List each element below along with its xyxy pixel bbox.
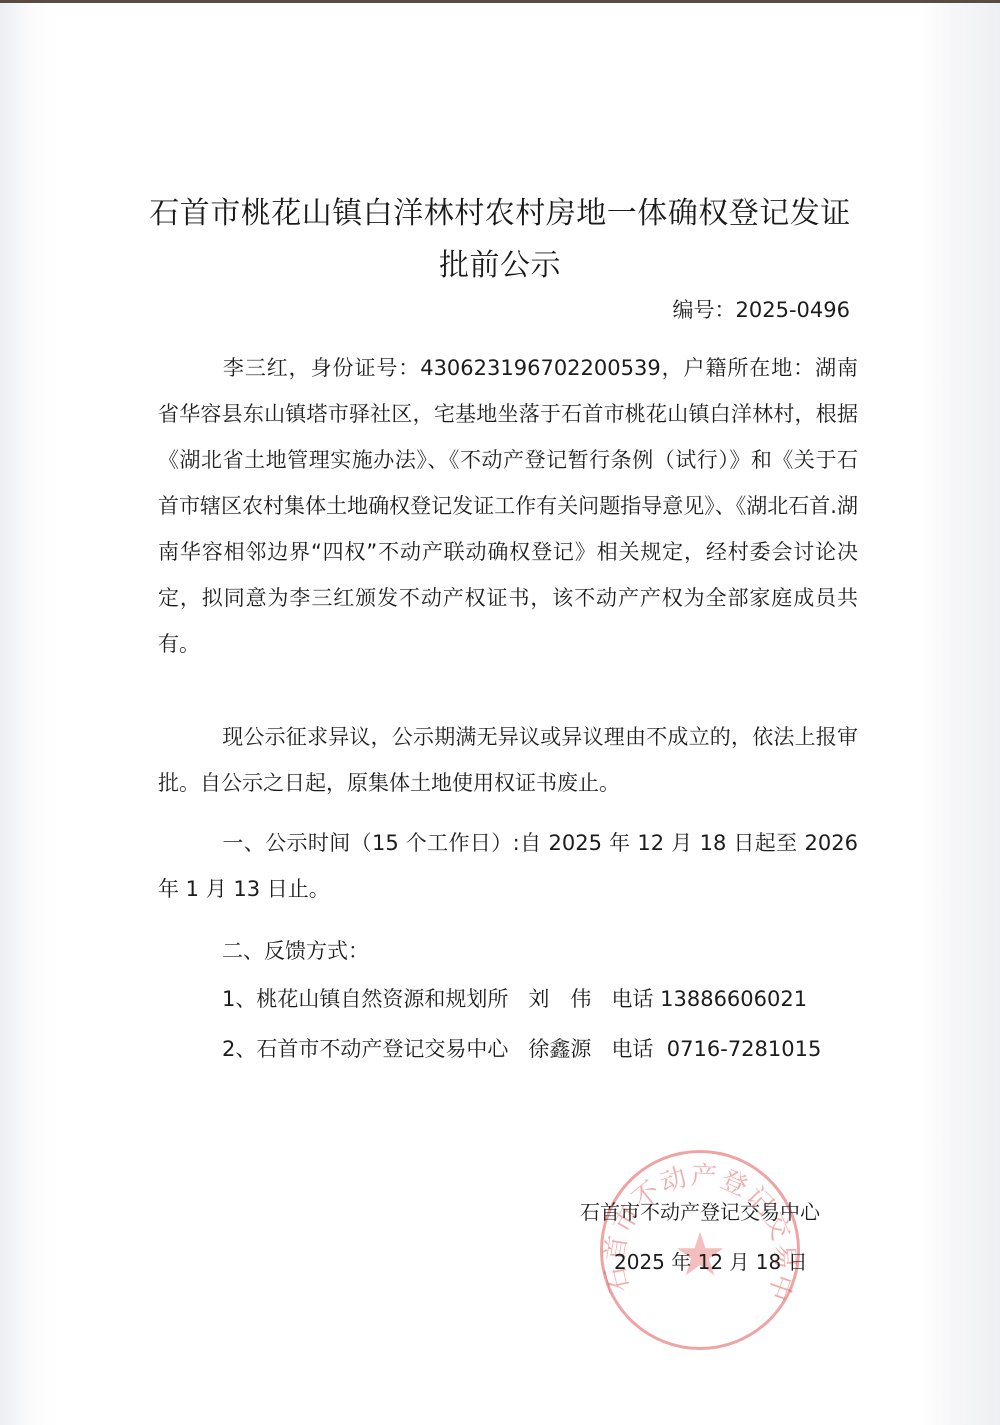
paragraph-text: 现公示征求异议，公示期满无异议或异议理由不成立的，依法上报审批。自公示之日起，原…: [158, 725, 858, 795]
body-paragraph-period: 一、公示时间（15 个工作日）:自 2025 年 12 月 18 日起至 202…: [158, 820, 858, 912]
signature-organization: 石首市不动产登记交易中心: [580, 1196, 820, 1225]
feedback-org: 石首市不动产登记交易中心: [256, 1037, 508, 1061]
feedback-phone: 13886606021: [660, 987, 807, 1011]
body-paragraph-applicant: 李三红，身份证号：430623196702200539，户籍所在地：湖南省华容县…: [158, 345, 858, 667]
feedback-item: 2、石首市不动产登记交易中心 徐鑫源 电话 0716-7281015: [222, 1033, 821, 1063]
paragraph-text: 一、公示时间（15 个工作日）:自 2025 年 12 月 18 日起至 202…: [158, 831, 858, 901]
signature-date: 2025 年 12 月 18 日: [614, 1246, 808, 1275]
feedback-phone-label: 电话: [611, 987, 653, 1011]
document-number-value: 2025-0496: [736, 298, 850, 322]
document-number-label: 编号：: [673, 298, 736, 322]
feedback-index: 2、: [222, 1037, 256, 1061]
body-paragraph-objection: 现公示征求异议，公示期满无异议或异议理由不成立的，依法上报审批。自公示之日起，原…: [158, 714, 858, 806]
document-title-line2: 批前公示: [0, 240, 1000, 284]
document-title-line1: 石首市桃花山镇白洋林村农村房地一体确权登记发证: [0, 188, 1000, 232]
feedback-contact: 刘 伟: [528, 987, 591, 1011]
feedback-org: 桃花山镇自然资源和规划所: [256, 987, 508, 1011]
feedback-phone-label: 电话: [611, 1037, 653, 1061]
feedback-index: 1、: [222, 987, 256, 1011]
feedback-item: 1、桃花山镇自然资源和规划所 刘 伟 电话 13886606021: [222, 983, 807, 1013]
document-number: 编号：2025-0496: [673, 294, 850, 324]
paragraph-text: 李三红，身份证号：430623196702200539，户籍所在地：湖南省华容县…: [158, 356, 858, 656]
feedback-phone: 0716-7281015: [667, 1037, 822, 1061]
document-page: 石首市桃花山镇白洋林村农村房地一体确权登记发证 批前公示 编号：2025-049…: [0, 0, 1000, 1425]
svg-text:石首市不动产登记交易中心: 石首市不动产登记交易中心: [600, 1150, 799, 1306]
scan-edge: [0, 0, 1000, 3]
feedback-heading: 二、反馈方式：: [222, 935, 369, 965]
feedback-contact: 徐鑫源: [528, 1037, 591, 1061]
